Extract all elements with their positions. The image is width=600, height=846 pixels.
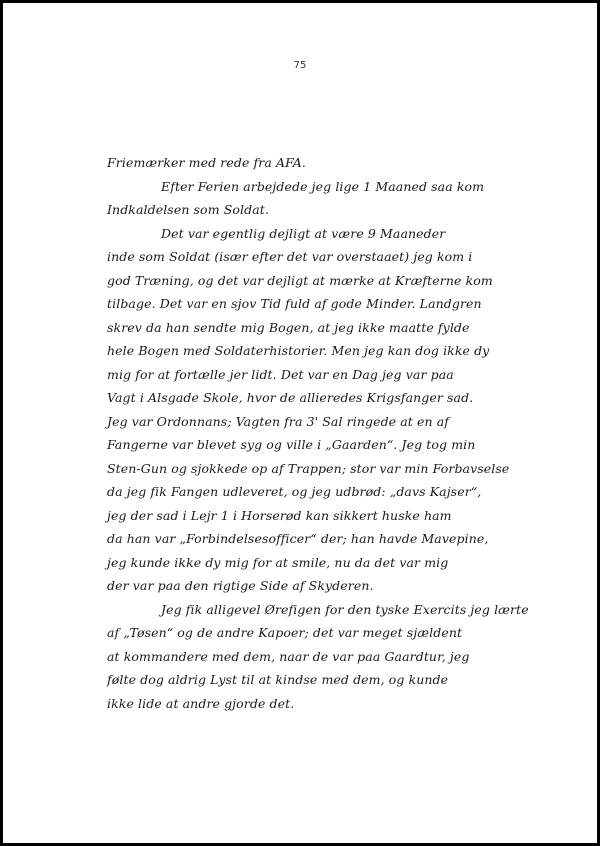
document-page: 75 Friemærker med rede fra AFA.Efter Fer… (3, 3, 597, 843)
handwritten-line: skrev da han sendte mig Bogen, at jeg ik… (103, 316, 563, 340)
handwritten-line: Fangerne var blevet syg og ville i „Gaar… (103, 433, 563, 457)
handwritten-line: Jeg var Ordonnans; Vagten fra 3' Sal rin… (103, 410, 563, 434)
handwritten-line: Friemærker med rede fra AFA. (103, 151, 563, 175)
handwritten-text-body: Friemærker med rede fra AFA.Efter Ferien… (103, 151, 563, 715)
handwritten-line: Jeg fik alligevel Ørefigen for den tyske… (103, 598, 563, 622)
handwritten-line: mig for at fortælle jer lidt. Det var en… (103, 363, 563, 387)
handwritten-line: at kommandere med dem, naar de var paa G… (103, 645, 563, 669)
handwritten-line: hele Bogen med Soldaterhistorier. Men je… (103, 339, 563, 363)
page-number: 75 (3, 60, 597, 71)
handwritten-line: inde som Soldat (især efter det var over… (103, 245, 563, 269)
handwritten-line: Indkaldelsen som Soldat. (103, 198, 563, 222)
handwritten-line: af „Tøsen“ og de andre Kapoer; det var m… (103, 621, 563, 645)
handwritten-line: da han var „Forbindelsesofficer“ der; ha… (103, 527, 563, 551)
handwritten-line: da jeg fik Fangen udleveret, og jeg udbr… (103, 480, 563, 504)
handwritten-line: ikke lide at andre gjorde det. (103, 692, 563, 716)
handwritten-line: følte dog aldrig Lyst til at kindse med … (103, 668, 563, 692)
handwritten-line: tilbage. Det var en sjov Tid fuld af god… (103, 292, 563, 316)
handwritten-line: der var paa den rigtige Side af Skyderen… (103, 574, 563, 598)
handwritten-line: Efter Ferien arbejdede jeg lige 1 Maaned… (103, 175, 563, 199)
handwritten-line: jeg kunde ikke dy mig for at smile, nu d… (103, 551, 563, 575)
handwritten-line: Det var egentlig dejligt at være 9 Maane… (103, 222, 563, 246)
handwritten-line: Vagt i Alsgade Skole, hvor de allieredes… (103, 386, 563, 410)
handwritten-line: god Træning, og det var dejligt at mærke… (103, 269, 563, 293)
handwritten-line: jeg der sad i Lejr 1 i Horserød kan sikk… (103, 504, 563, 528)
handwritten-line: Sten-Gun og sjokkede op af Trappen; stor… (103, 457, 563, 481)
